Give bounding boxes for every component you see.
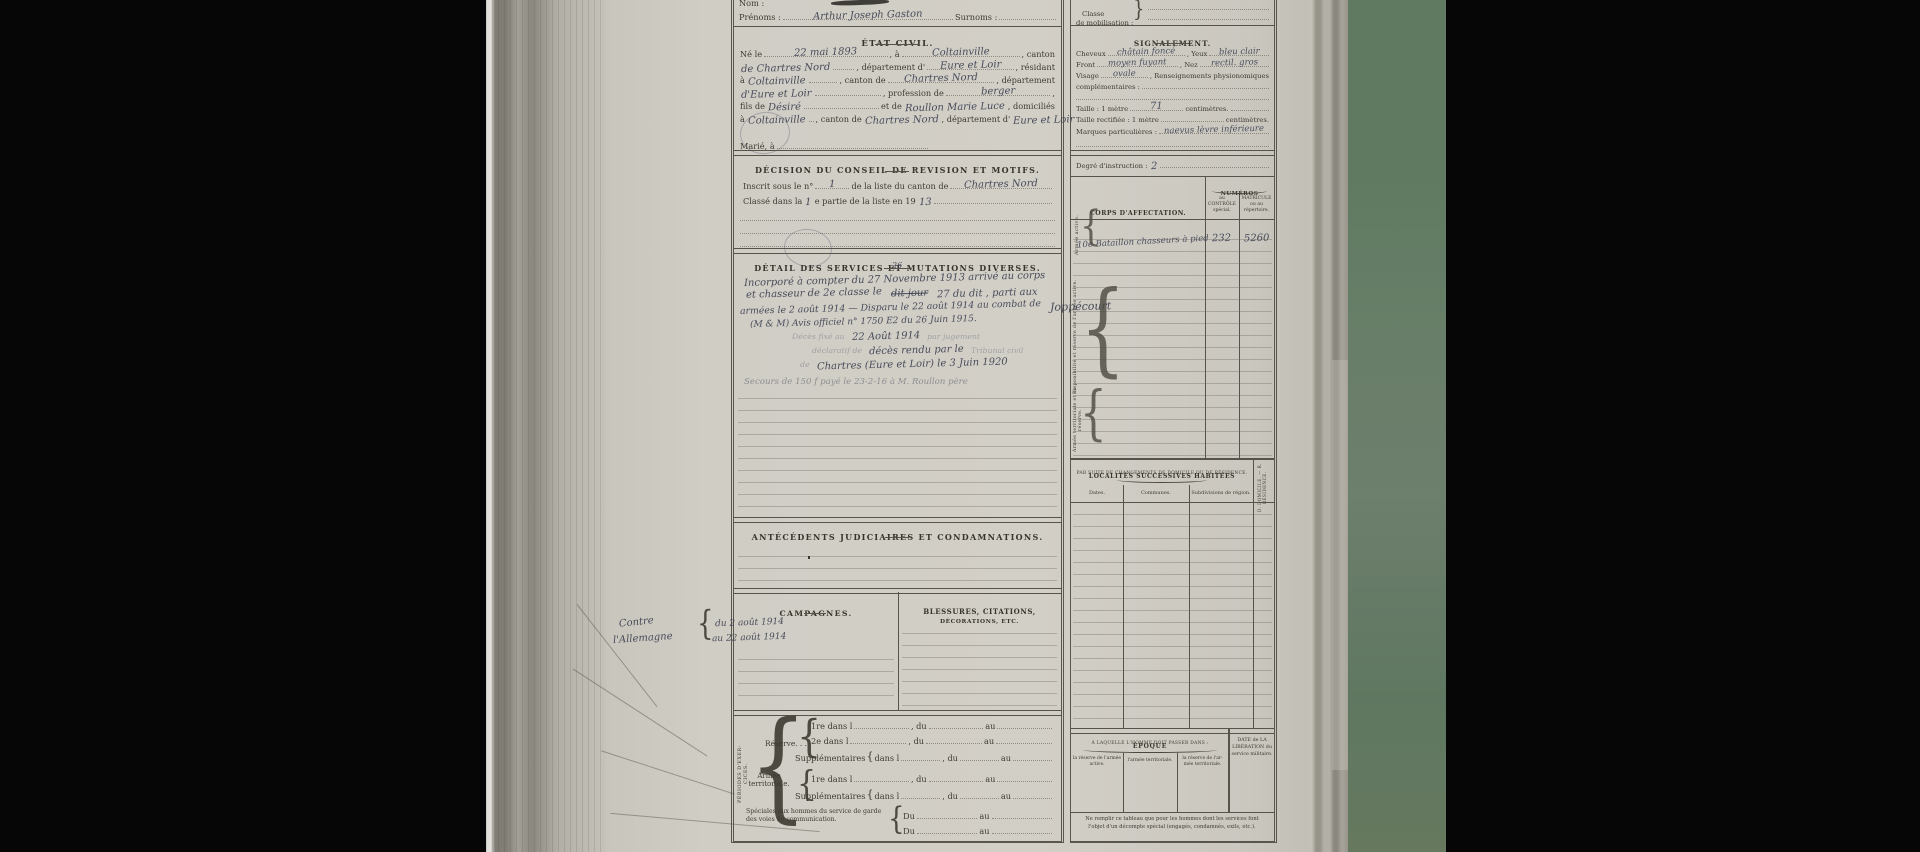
decision-title: DÉCISION DU CONSEIL DE REVISION ET MOTIF… bbox=[734, 158, 1061, 177]
print-label: , Renseignements physionomiques bbox=[1149, 73, 1270, 80]
empty-line bbox=[739, 224, 1056, 236]
print-label: , résidant bbox=[1015, 63, 1056, 72]
scanned-military-register-page: Nom : Prénoms : Arthur Joseph Gaston Sur… bbox=[0, 0, 1920, 852]
title-underline bbox=[885, 537, 909, 538]
handwritten-value: Chartres Nord bbox=[865, 114, 939, 127]
dotted-leader bbox=[777, 148, 928, 149]
curly-underline bbox=[1083, 747, 1217, 753]
etat-civil-line-2: de Chartres Nord , département d' Eure e… bbox=[739, 60, 1056, 72]
print-label: Du bbox=[902, 827, 916, 836]
signalement-complementaires: complémentaires : bbox=[1075, 81, 1270, 91]
controle-header: au CONTRÔLE spécial. bbox=[1206, 196, 1238, 214]
print-label: Taille rectifiée : 1 mètre bbox=[1075, 117, 1160, 124]
print-label: Né le bbox=[739, 50, 763, 59]
epoque-subtitle: À LAQUELLE L'HOMME DOIT PASSER DANS : bbox=[1075, 741, 1225, 746]
print-label: au bbox=[1000, 792, 1012, 801]
handwritten-value: châtain foncé bbox=[1117, 47, 1175, 58]
dotted-leader: 71 bbox=[1130, 101, 1183, 111]
print-label: , du bbox=[910, 775, 928, 784]
handwritten-value: Eure et Loir bbox=[1013, 114, 1075, 127]
dotted-leader bbox=[996, 743, 1052, 744]
prenoms-value: Arthur Joseph Gaston bbox=[813, 9, 923, 23]
print-label: au bbox=[983, 737, 995, 746]
print-label: dans l bbox=[873, 792, 900, 801]
title-underline bbox=[875, 44, 919, 45]
ruled-empty-area bbox=[902, 622, 1057, 706]
print-label: , domiciliés bbox=[1007, 102, 1056, 111]
empty-line bbox=[739, 211, 1056, 223]
periodes-row-6: Du au bbox=[902, 809, 1053, 821]
print-label: Inscrit sous le n° bbox=[742, 182, 814, 191]
print-label: 1re dans l bbox=[810, 775, 853, 784]
print-label: , département bbox=[995, 76, 1056, 85]
communes-header: Communes. bbox=[1123, 490, 1189, 496]
handwritten-value: Chartres Nord bbox=[964, 178, 1038, 191]
print-label: et de bbox=[880, 102, 903, 111]
handwritten-value: 22 mai 1893 bbox=[794, 46, 857, 59]
periodes-row-4: 1re dans l , du au bbox=[810, 772, 1053, 784]
print-label: Supplémentaires bbox=[794, 754, 866, 763]
dotted-leader bbox=[992, 833, 1053, 834]
periodes-row-7: Du au bbox=[902, 824, 1053, 836]
prenoms-row: Prénoms : Arthur Joseph Gaston Surnoms : bbox=[738, 10, 1057, 22]
dotted-leader bbox=[833, 69, 854, 70]
services-pencil-note: Secours de 150 f payé le 23-2-16 à M. Ro… bbox=[744, 371, 968, 387]
brace: { bbox=[1080, 209, 1102, 246]
print-label: , du bbox=[907, 737, 925, 746]
dotted-leader bbox=[960, 760, 999, 761]
handwritten-value: bleu clair bbox=[1219, 47, 1260, 57]
ink-dot bbox=[808, 556, 810, 559]
handwritten-value: Chartres Nord bbox=[904, 72, 978, 85]
book-binding bbox=[486, 0, 608, 852]
periodes-row-3: Supplémentaires { dans l , du au bbox=[794, 751, 1053, 763]
brace: } bbox=[1133, 0, 1144, 20]
title-underline bbox=[885, 171, 909, 172]
print-label: au bbox=[978, 827, 990, 836]
territoriale-label: Armée territoriale. bbox=[740, 772, 798, 789]
print-label: Marques particulières : bbox=[1075, 129, 1158, 136]
print-label: e partie de la liste en 19 bbox=[814, 197, 917, 206]
dotted-leader bbox=[997, 781, 1052, 782]
dotted-leader bbox=[740, 220, 1055, 221]
epoque-col2-header: l'armée territoriale. bbox=[1124, 758, 1176, 764]
dotted-leader bbox=[1161, 121, 1224, 122]
print-label: , profession de bbox=[882, 89, 945, 98]
ruled-empty-area bbox=[1073, 503, 1272, 727]
dotted-leader bbox=[1076, 99, 1269, 100]
dotted-leader bbox=[1013, 798, 1052, 799]
dotted-leader bbox=[740, 233, 1055, 234]
handwritten-value: naevus lèvre inférieure bbox=[1164, 124, 1264, 136]
print-label: dans l bbox=[873, 754, 900, 763]
title-underline bbox=[1155, 43, 1189, 44]
print-label: , Yeux bbox=[1186, 51, 1208, 58]
dates-header: Dates. bbox=[1071, 490, 1123, 496]
print-label: , canton bbox=[1021, 50, 1056, 59]
print-label: , canton de bbox=[815, 115, 863, 124]
pencil-note: Secours de 150 f payé le 23-2-16 à M. Ro… bbox=[744, 377, 968, 387]
handwritten-value: berger bbox=[981, 86, 1015, 98]
periodes-row-5: Supplémentaires { dans l , du au bbox=[794, 789, 1053, 801]
services-judgment-line-3: de Chartres (Eure et Loir) le 3 Juin 192… bbox=[800, 354, 1009, 370]
section-rule bbox=[734, 517, 1061, 523]
handwritten-value: ovale bbox=[1113, 69, 1136, 79]
subdivisions-header: Subdivisions de région. bbox=[1189, 490, 1253, 496]
dotted-leader bbox=[854, 781, 909, 782]
campagnes-hw-du: du 2 août 1914 bbox=[713, 612, 786, 628]
dotted-leader bbox=[992, 818, 1053, 819]
dotted-leader: ovale bbox=[1101, 70, 1148, 78]
dotted-leader bbox=[854, 728, 909, 729]
thick-column-line bbox=[1228, 728, 1230, 812]
etat-civil-line-3: à Coltainville , canton de Chartres Nord… bbox=[739, 73, 1056, 85]
services-hw-line-4: (M & M) Avis officiel n° 1750 E2 du 26 J… bbox=[748, 311, 979, 327]
print-label: centimètres. bbox=[1184, 106, 1229, 113]
controle-row-value: 232 bbox=[1210, 228, 1233, 244]
form-left-column: Nom : Prénoms : Arthur Joseph Gaston Sur… bbox=[731, 0, 1064, 843]
print-label: à bbox=[739, 76, 746, 85]
print-label: , du bbox=[941, 754, 959, 763]
print-label: , à bbox=[889, 50, 901, 59]
print-label: Taille : 1 mètre bbox=[1075, 106, 1129, 113]
table-bottom-line bbox=[1071, 458, 1274, 460]
etat-civil-line-5: fils de Désiré et de Roullon Marie Luce … bbox=[739, 99, 1056, 111]
dotted-leader bbox=[901, 798, 940, 799]
signalement-taille: Taille : 1 mètre 71 centimètres. bbox=[1075, 103, 1270, 113]
print-label: Supplémentaires bbox=[794, 792, 866, 801]
dotted-leader bbox=[1076, 146, 1269, 147]
handwritten-value: 71 bbox=[1150, 101, 1163, 112]
handwritten-value: 1 bbox=[805, 197, 812, 208]
instruction-row: Degré d'instruction : 2 bbox=[1075, 160, 1270, 170]
print-label: , bbox=[1051, 89, 1056, 98]
print-label: 1re dans l bbox=[810, 722, 853, 731]
empty-line bbox=[1147, 10, 1270, 22]
form-right-column: Classe de mobilisation : } SIGNALEMENT. … bbox=[1070, 0, 1277, 843]
matricule-header: MATRICULE ou au répertoire. bbox=[1240, 196, 1273, 214]
dotted-leader: Chartres Nord bbox=[950, 179, 1052, 189]
epoque-col1-header: la réserve de l'armée active. bbox=[1072, 756, 1122, 768]
print-label: fils de bbox=[739, 102, 766, 111]
dotted-leader: châtain foncé bbox=[1108, 48, 1185, 56]
brace: { bbox=[866, 789, 873, 801]
underlying-page-sliver bbox=[1332, 360, 1348, 770]
etat-civil-line-1: Né le 22 mai 1893 , à Coltainville , can… bbox=[739, 47, 1056, 59]
divider-line bbox=[1071, 25, 1274, 26]
handwritten-value: Eure et Loir bbox=[939, 59, 1001, 72]
curly-underline bbox=[1212, 188, 1267, 194]
antecedents-title: ANTÉCÉDENTS JUDICIAIRES ET CONDAMNATIONS… bbox=[734, 525, 1061, 544]
print-label: , canton de bbox=[838, 76, 886, 85]
matricule-row-value: 5260 bbox=[1242, 228, 1271, 244]
print-label: , département d' bbox=[941, 115, 1012, 124]
print-label: 2e dans l bbox=[810, 737, 849, 746]
signalement-cheveux: Cheveux châtain foncé , Yeux bleu clair bbox=[1075, 48, 1270, 58]
brace: { bbox=[866, 751, 873, 763]
desk-background bbox=[1348, 0, 1446, 852]
brace: { bbox=[1080, 387, 1107, 440]
dotted-leader bbox=[917, 818, 978, 819]
dotted-leader: berger bbox=[946, 86, 1050, 96]
print-label: Du bbox=[902, 812, 916, 821]
dotted-leader bbox=[815, 95, 881, 96]
decision-line-1: Inscrit sous le n° 1 de la liste du cant… bbox=[742, 179, 1053, 191]
dotted-leader: Coltainville bbox=[902, 47, 1020, 57]
dotted-leader bbox=[1148, 19, 1269, 20]
dotted-leader bbox=[809, 82, 838, 83]
dotted-leader: naevus lèvre inférieure bbox=[1159, 126, 1269, 134]
ruled-empty-area bbox=[738, 387, 1057, 513]
epoque-note: Ne remplir ce tableau que pour les homme… bbox=[1077, 816, 1267, 831]
handwritten-value: Coltainville bbox=[932, 46, 990, 59]
etat-civil-line-4: d'Eure et Loir , profession de berger , bbox=[739, 86, 1056, 98]
dotted-leader: bleu clair bbox=[1209, 48, 1269, 56]
brace: { bbox=[1080, 283, 1126, 374]
dotted-leader: Arthur Joseph Gaston bbox=[783, 10, 953, 20]
print-label: Front bbox=[1075, 62, 1096, 69]
campagnes-hw-pays: l'Allemagne bbox=[611, 628, 675, 644]
handwritten-value: 13 bbox=[919, 197, 932, 208]
dotted-leader: 1 bbox=[815, 179, 849, 189]
section-rule bbox=[734, 150, 1061, 156]
nom-label: Nom : bbox=[738, 0, 765, 8]
note-top-line bbox=[1071, 812, 1274, 813]
dotted-leader: rectil. gros bbox=[1200, 59, 1269, 67]
dotted-leader: 22 mai 1893 bbox=[764, 47, 887, 57]
print-label: au bbox=[978, 812, 990, 821]
handwritten-value: moyen fuyant bbox=[1108, 58, 1167, 69]
print-label: Degré d'instruction : bbox=[1075, 163, 1149, 170]
print-label: , département d' bbox=[855, 63, 926, 72]
handwritten-correction: 26 bbox=[892, 262, 902, 270]
print-label: , du bbox=[941, 792, 959, 801]
localites-subtitle: PAR SUITE DE CHANGEMENTS DE DOMICILE OU … bbox=[1071, 471, 1253, 476]
epoque-col3-header: la réserve de l'ar- mée territoriale. bbox=[1178, 756, 1227, 768]
decision-line-2: Classé dans la 1 e partie de la liste en… bbox=[742, 194, 1053, 206]
dotted-leader bbox=[929, 728, 984, 729]
divider-line bbox=[734, 26, 1061, 27]
surnoms-label: Surnoms : bbox=[954, 13, 998, 22]
title-underline bbox=[804, 613, 826, 614]
dotted-leader bbox=[809, 121, 814, 122]
dotted-leader bbox=[1160, 167, 1269, 168]
prenoms-label: Prénoms : bbox=[738, 13, 782, 22]
print-label: Visage bbox=[1075, 73, 1100, 80]
signalement-front: Front moyen fuyant , Nez rectil. gros bbox=[1075, 59, 1270, 69]
print-label: Classé dans la bbox=[742, 197, 803, 206]
campagnes-hw-contre: Contre bbox=[617, 612, 656, 628]
print-label: de la liste du canton de bbox=[850, 182, 949, 191]
liberation-date-header: DATE de LA LIBÉRATION du service militai… bbox=[1231, 737, 1273, 759]
empty-line bbox=[1075, 139, 1270, 149]
periodes-row-2: 2e dans l , du au bbox=[810, 734, 1053, 746]
dotted-leader bbox=[1013, 760, 1052, 761]
stamp-text: de bbox=[800, 360, 810, 369]
print-label: complémentaires : bbox=[1075, 84, 1141, 91]
disponibilite-side-label: Disponibilité et réserve de l'armée acti… bbox=[1073, 278, 1078, 396]
table-top-line bbox=[1071, 176, 1274, 177]
dotted-leader: Eure et Loir bbox=[927, 60, 1013, 70]
dotted-leader bbox=[804, 108, 879, 109]
handwritten-value: 1 bbox=[829, 179, 836, 190]
print-label: Cheveux bbox=[1075, 51, 1107, 58]
dotted-leader bbox=[926, 743, 982, 744]
dotted-leader bbox=[917, 833, 978, 834]
handwritten-value: rectil. gros bbox=[1211, 58, 1258, 69]
section-rule bbox=[734, 248, 1061, 254]
dotted-leader bbox=[850, 743, 906, 744]
curly-underline bbox=[1117, 477, 1207, 483]
dotted-leader bbox=[934, 203, 1052, 204]
dotted-leader bbox=[1142, 88, 1269, 89]
dotted-leader bbox=[901, 760, 940, 761]
speciales-label: Spéciales aux hommes du service de garde… bbox=[746, 808, 890, 824]
handwritten-value: 2 bbox=[1150, 161, 1157, 172]
print-label: au bbox=[1000, 754, 1012, 763]
ruled-empty-area bbox=[738, 545, 1057, 585]
section-rule bbox=[1071, 150, 1274, 156]
periodes-row-1: 1re dans l , du au bbox=[810, 719, 1053, 731]
campagnes-hw-au: au 22 août 1914 bbox=[710, 627, 788, 643]
print-label: , Nez bbox=[1179, 62, 1199, 69]
dotted-leader bbox=[960, 798, 999, 799]
print-label: au bbox=[984, 722, 996, 731]
signalement-visage: Visage ovale , Renseignements physionomi… bbox=[1075, 70, 1270, 80]
dotted-leader: moyen fuyant bbox=[1097, 59, 1178, 67]
signalement-taille-rectifiee: Taille rectifiée : 1 mètre centimètres. bbox=[1075, 114, 1270, 124]
print-label: au bbox=[984, 775, 996, 784]
dotted-leader bbox=[997, 728, 1052, 729]
dotted-leader: Chartres Nord bbox=[888, 73, 995, 83]
print-label: , du bbox=[910, 722, 928, 731]
dotted-leader bbox=[999, 19, 1056, 20]
signalement-marques: Marques particulières : naevus lèvre inf… bbox=[1075, 126, 1270, 136]
dotted-leader bbox=[1231, 110, 1269, 111]
dotted-leader bbox=[929, 781, 984, 782]
